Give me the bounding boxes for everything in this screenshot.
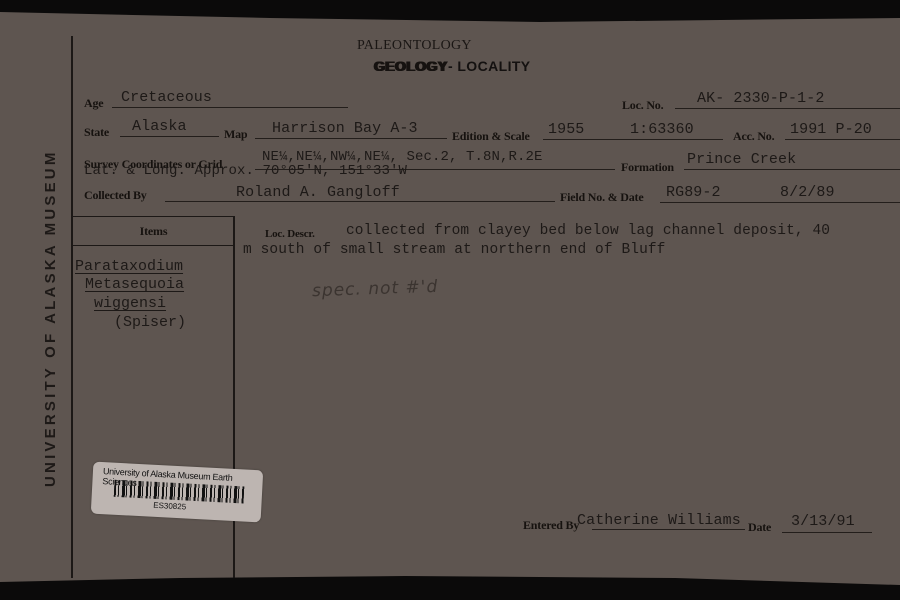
item-species: wiggensi: [94, 295, 166, 312]
barcode-number: ES30825: [153, 501, 186, 512]
map-value: Harrison Bay A-3: [272, 120, 418, 137]
collected-by-label: Collected By: [84, 188, 147, 203]
item-genus-1: Parataxodium: [75, 258, 183, 275]
age-underline: [112, 107, 348, 108]
scale-value: 1:63360: [630, 121, 694, 138]
entered-by-underline: [592, 529, 745, 530]
entered-by-label: Entered By: [523, 518, 579, 533]
loc-descr-line1: collected from clayey bed below lag chan…: [346, 223, 830, 239]
formation-value: Prince Creek: [687, 151, 796, 168]
barcode-sticker: University of Alaska Museum Earth Scienc…: [91, 462, 263, 523]
struck-title: GEOLOGY: [374, 58, 448, 74]
field-date-value: 8/2/89: [780, 184, 835, 201]
field-no-date-underline: [660, 202, 900, 203]
state-value: Alaska: [132, 118, 187, 135]
edition-scale-underline: [543, 139, 723, 140]
formation-label: Formation: [621, 160, 674, 175]
locality-card: UNIVERSITY OF ALASKA MUSEUM PALEONTOLOGY…: [0, 0, 900, 600]
acc-no-underline: [785, 139, 900, 140]
department-title: PALEONTOLOGY: [357, 38, 472, 54]
formation-underline: [684, 169, 900, 170]
card-subtitle: - LOCALITY: [448, 58, 531, 74]
loc-no-label: Loc. No.: [622, 98, 663, 113]
lat-long-value: Lat. & Long. Approx. 70°05'N, 151°33'W: [84, 163, 407, 179]
acc-no-value: 1991 P-20: [790, 121, 872, 138]
state-label: State: [84, 125, 109, 140]
collected-by-underline: [165, 201, 555, 202]
loc-no-value: AK- 2330-P-1-2: [697, 90, 824, 107]
acc-no-label: Acc. No.: [733, 129, 774, 144]
state-underline: [120, 136, 219, 137]
entered-by-value: Catherine Williams: [577, 512, 741, 529]
date-label: Date: [748, 520, 771, 535]
edition-scale-label: Edition & Scale: [452, 129, 530, 144]
items-column-rule: [233, 216, 235, 578]
edition-value: 1955: [548, 121, 584, 138]
map-label: Map: [224, 127, 247, 142]
item-genus-2: Metasequoia: [85, 276, 184, 293]
field-no-value: RG89-2: [666, 184, 721, 201]
map-underline: [255, 138, 447, 139]
date-value: 3/13/91: [791, 513, 855, 530]
items-header: Items: [73, 224, 234, 239]
loc-descr-label: Loc. Descr.: [265, 228, 315, 240]
field-no-date-label: Field No. & Date: [560, 190, 643, 205]
age-value: Cretaceous: [121, 89, 212, 106]
institution-name-vertical: UNIVERSITY OF ALASKA MUSEUM: [42, 149, 59, 487]
item-author: (Spiser): [114, 314, 186, 331]
loc-descr-line2: m south of small stream at northern end …: [243, 242, 665, 258]
age-label: Age: [84, 96, 103, 111]
date-underline: [782, 532, 872, 533]
collected-by-value: Roland A. Gangloff: [236, 184, 400, 201]
handwritten-note: spec. not #'d: [312, 277, 439, 301]
left-margin-rule: [71, 36, 73, 578]
loc-no-underline: [675, 108, 900, 109]
